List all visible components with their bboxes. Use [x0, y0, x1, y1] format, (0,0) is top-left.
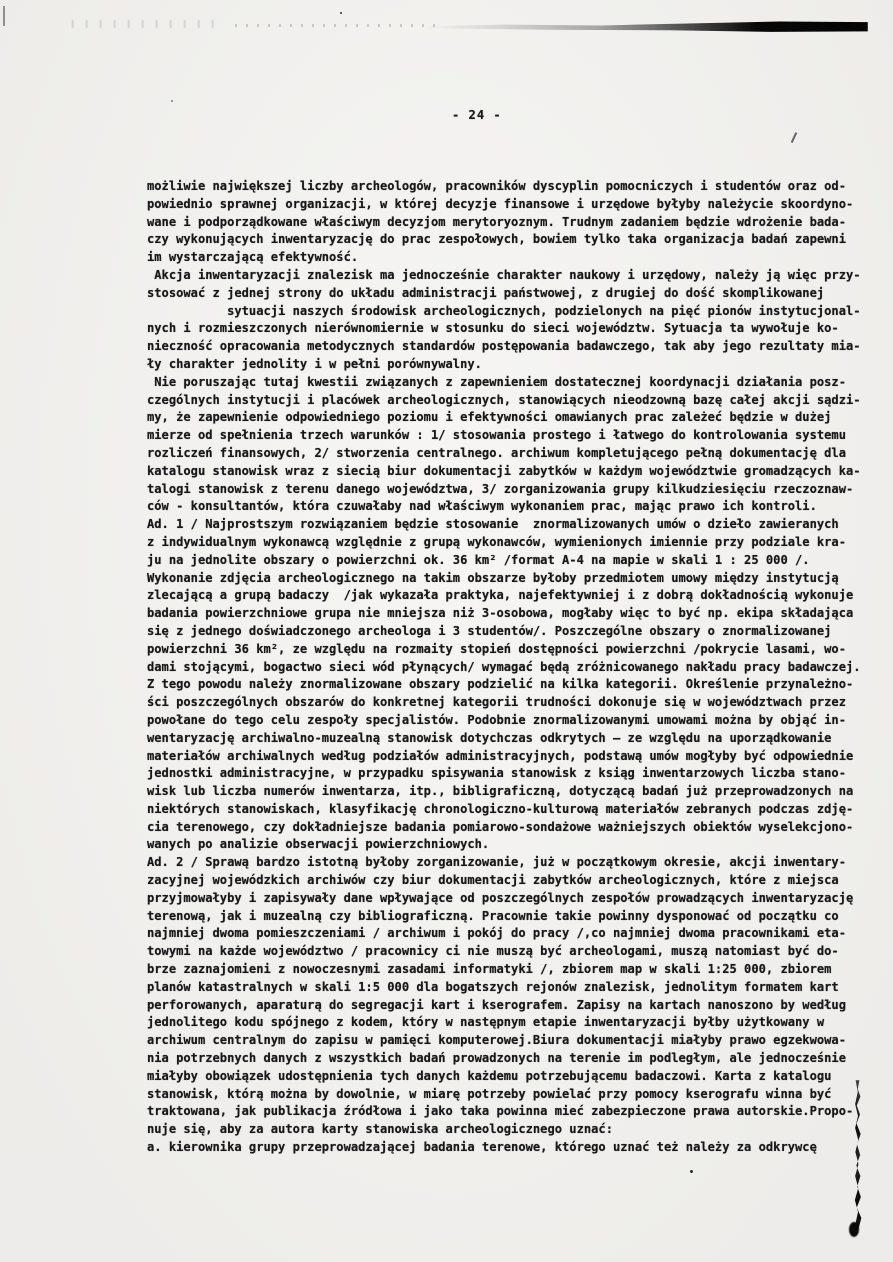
text-line: im wystarczającą efektywność. [147, 249, 887, 267]
text-line: talogi stanowisk z terenu danego wojewód… [147, 481, 887, 499]
document-body: możliwie największej liczby archeologów,… [147, 178, 887, 1157]
text-line: planów katastralnych w skali 1:5 000 dla… [147, 979, 887, 997]
text-line: Ad. 1 / Najprostszym rozwiązaniem będzie… [147, 516, 887, 534]
text-line: wanych po analizie obserwacji powierzchn… [147, 836, 887, 854]
scan-specks-top-left [72, 20, 222, 28]
text-line: brze zaznajomieni z nowoczesnymi zasadam… [147, 961, 887, 979]
text-line: towymi na każde województwo / pracownicy… [147, 943, 887, 961]
text-line: niektórych stanowiskach, klasyfikację ch… [147, 801, 887, 819]
text-line: powołane do tego celu zespoły specjalist… [147, 712, 887, 730]
text-line: powierzchni 36 km², ze względu na rozmai… [147, 641, 887, 659]
text-line: ści poszczególnych obszarów do konkretne… [147, 694, 887, 712]
text-line: najmniej dwoma pomieszczeniami / archiwu… [147, 925, 887, 943]
scan-speck [171, 100, 173, 102]
page-number: - 24 - [452, 108, 502, 122]
text-line: mierze od spełnienia trzech warunków : 1… [147, 427, 887, 445]
text-line: się z jednego doświadczonego archeologa … [147, 623, 887, 641]
text-line: traktowana, jak publikacja źródłowa i ja… [147, 1103, 887, 1121]
text-line: rozliczeń finansowych, 2/ stworzenia cen… [147, 445, 887, 463]
text-line: Nie poruszając tutaj kwestii związanych … [147, 374, 887, 392]
text-line: badania powierzchniowe grupa nie mniejsz… [147, 605, 887, 623]
text-line: dami stojącymi, bogactwo sieci wód płyną… [147, 659, 887, 677]
text-line: z indywidualnym wykonawcą względnie z gr… [147, 534, 887, 552]
text-line: nuje się, aby za autora karty stanowiska… [147, 1121, 887, 1139]
scan-smudge-dots [235, 24, 435, 27]
text-line: nych i rozmieszczonych nierównomiernie w… [147, 320, 887, 338]
text-line: ców - konsultantów, która czuwałaby nad … [147, 498, 887, 516]
text-line: Ad. 2 / Sprawą bardzo istotną byłoby zor… [147, 854, 887, 872]
text-line: ju na jednolite obszary o powierzchni ok… [147, 552, 887, 570]
text-line: nia potrzebnych danych z wszystkich bada… [147, 1050, 887, 1068]
text-line: zlecającą a grupą badaczy /jak wykazała … [147, 587, 887, 605]
text-line: sytuacji naszych środowisk archeologiczn… [147, 303, 887, 321]
scan-edge-mark [3, 6, 5, 26]
text-line: Akcja inwentaryzacji znalezisk ma jednoc… [147, 267, 887, 285]
text-line: wentaryzację archiwalno-muzealną stanowi… [147, 730, 887, 748]
text-line: wisk lub liczba numerów inwentarza, itp.… [147, 783, 887, 801]
text-line: Z tego powodu należy znormalizowane obsz… [147, 676, 887, 694]
text-line: jednostki administracyjne, w przypadku s… [147, 765, 887, 783]
text-line: czy wykonujących inwentaryzację do prac … [147, 231, 887, 249]
text-line: perforowanych, aparaturą do segregacji k… [147, 997, 887, 1015]
text-line: przyjmowałyby i zapisywały dane wpływają… [147, 890, 887, 908]
text-line: miałyby obowiązek udostępnienia tych dan… [147, 1068, 887, 1086]
text-line: jednolitego kodu spójnego z kodem, który… [147, 1014, 887, 1032]
text-line: katalogu stanowisk wraz z siecią biur do… [147, 463, 887, 481]
text-line: archiwum centralnym do zapisu w pamięci … [147, 1032, 887, 1050]
text-line: my, że zapewnienie odpowiedniego poziomu… [147, 409, 887, 427]
text-line: ły charakter jednolity i w pełni porówny… [147, 356, 887, 374]
text-line: cia terenowego, czy dokładniejsze badani… [147, 819, 887, 837]
text-line: wane i podporządkowane właściwym decyzjo… [147, 214, 887, 232]
text-line: Wykonanie zdjęcia archeologicznego na ta… [147, 570, 887, 588]
text-line: stosować z jednej strony do układu admin… [147, 285, 887, 303]
text-line: czególnych instytucji i placówek archeol… [147, 392, 887, 410]
scan-slash-mark [791, 132, 797, 143]
text-line: a. kierownika grupy przeprowadzającej ba… [147, 1139, 887, 1157]
scan-streak-blob [849, 1222, 859, 1237]
scan-smudge-top [425, 19, 868, 33]
text-line: stanowisk, którą można by dowolnie, w mi… [147, 1086, 887, 1104]
scan-speck [340, 12, 342, 14]
document-page: - 24 - możliwie największej liczby arche… [0, 0, 893, 1262]
text-line: nieczność opracowania metodycznych stand… [147, 338, 887, 356]
text-line: materiałów archiwalnych według podziałów… [147, 748, 887, 766]
scan-speck [690, 1170, 693, 1173]
text-line: możliwie największej liczby archeologów,… [147, 178, 887, 196]
text-line: powiednio sprawnej organizacji, w której… [147, 196, 887, 214]
text-line: zacyjnej wojewódzkich archiwów czy biur … [147, 872, 887, 890]
text-line: terenową, jak i muzealną czy bibliografi… [147, 908, 887, 926]
